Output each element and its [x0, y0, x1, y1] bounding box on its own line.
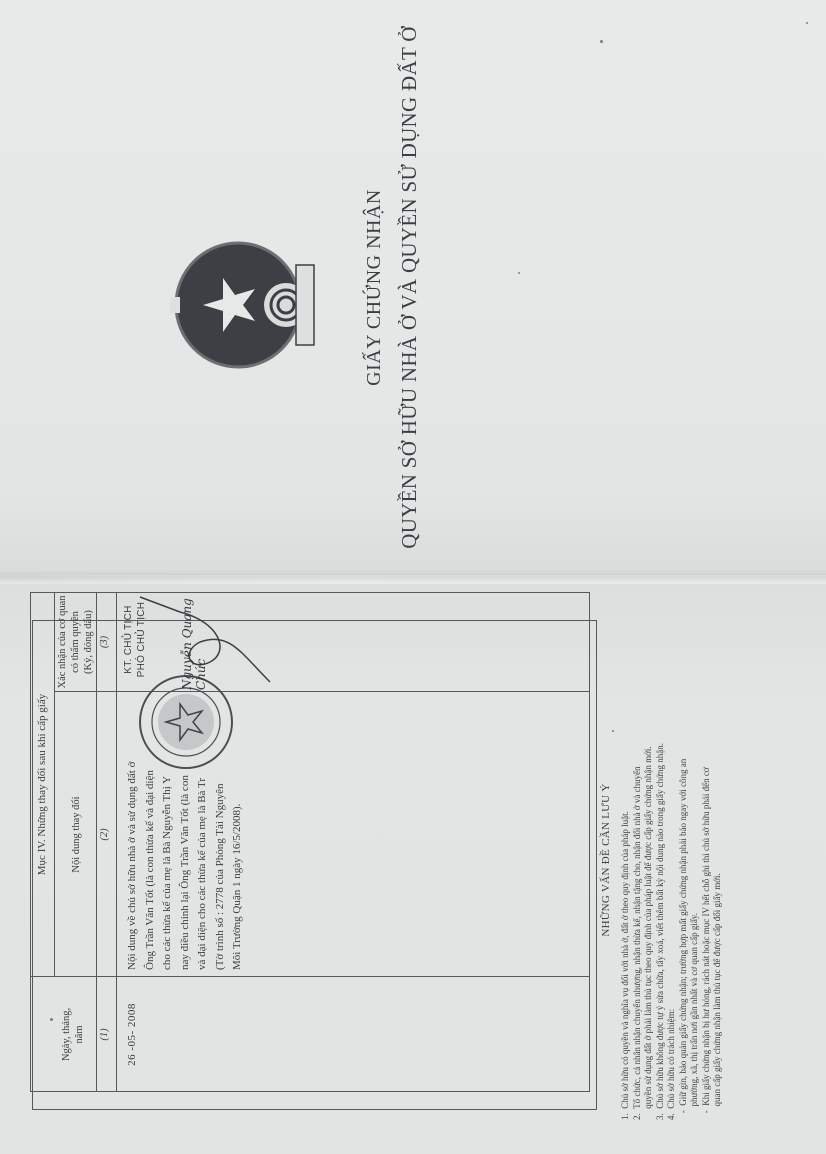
col-num-2: (2): [99, 692, 110, 977]
col-divider-1: [30, 976, 590, 977]
note-item: - Khi giấy chứng nhận bị hư hỏng, rách n…: [701, 600, 713, 1120]
header-confirm-line1: Xác nhận của cơ quan: [56, 592, 69, 692]
notes-list: 1. Chủ sở hữu có quyền và nghĩa vụ đối v…: [620, 600, 724, 1120]
note-item: phường, xã, thị trấn nơi gần nhất và cơ …: [689, 600, 701, 1120]
national-emblem-icon: [168, 235, 318, 375]
certificate-subtitle: QUYỀN SỞ HỮU NHÀ Ở VÀ QUYỀN SỬ DỤNG ĐẤT …: [397, 0, 422, 575]
header-date: Ngày, tháng, năm: [60, 977, 86, 1092]
notes-title: NHỮNG VẤN ĐỀ CẦN LƯU Ý: [600, 600, 612, 1120]
header-confirm-line3: (Ký, đóng dấu): [82, 592, 95, 692]
table-title: Mục IV. Những thay đổi sau khi cấp giấy: [30, 592, 54, 977]
col-num-1: (1): [99, 977, 110, 1092]
note-item: 3. Chủ sở hữu không được tự ý sửa chữa, …: [655, 600, 667, 1120]
header-content: Nội dung thay đổi: [70, 692, 83, 977]
header-divider: [96, 592, 97, 1092]
header-date-line1: Ngày, tháng,: [60, 977, 73, 1092]
header-confirm-line2: có thẩm quyền: [69, 592, 82, 692]
signer-name: Nguyễn Quang Chức: [180, 580, 208, 690]
signature-icon: [120, 592, 320, 692]
certificate-title: GIẤY CHỨNG NHẬN: [363, 0, 386, 575]
note-item: - Giữ gìn, bảo quản giấy chứng nhận; trư…: [678, 600, 690, 1120]
certificate-cover: GIẤY CHỨNG NHẬN QUYỀN SỞ HỮU NHÀ Ở VÀ QU…: [0, 0, 826, 575]
header-date-line2: năm: [73, 977, 86, 1092]
note-item: 4. Chủ sở hữu có trách nhiệm:: [666, 600, 678, 1120]
title-divider: [54, 592, 55, 977]
notes-section: NHỮNG VẤN ĐỀ CẦN LƯU Ý 1. Chủ sở hữu có …: [600, 600, 800, 1120]
note-item: 2. Tổ chức, cá nhân nhận chuyển nhượng, …: [632, 600, 644, 1120]
header-confirmation: Xác nhận của cơ quan có thẩm quyền (Ký, …: [56, 592, 95, 692]
changes-table-content: Mục IV. Những thay đổi sau khi cấp giấy …: [30, 592, 590, 1092]
note-item: quyền sử dụng đất ở phải làm thủ tục the…: [643, 600, 655, 1120]
change-date: 26 -05- 2008: [126, 982, 138, 1087]
note-item: 1. Chủ sở hữu có quyền và nghĩa vụ đối v…: [620, 600, 632, 1120]
num-row-divider: [116, 592, 117, 1092]
note-item: quan cấp giấy chứng nhận làm thủ tục để …: [712, 600, 724, 1120]
col-num-3: (3): [99, 592, 110, 692]
